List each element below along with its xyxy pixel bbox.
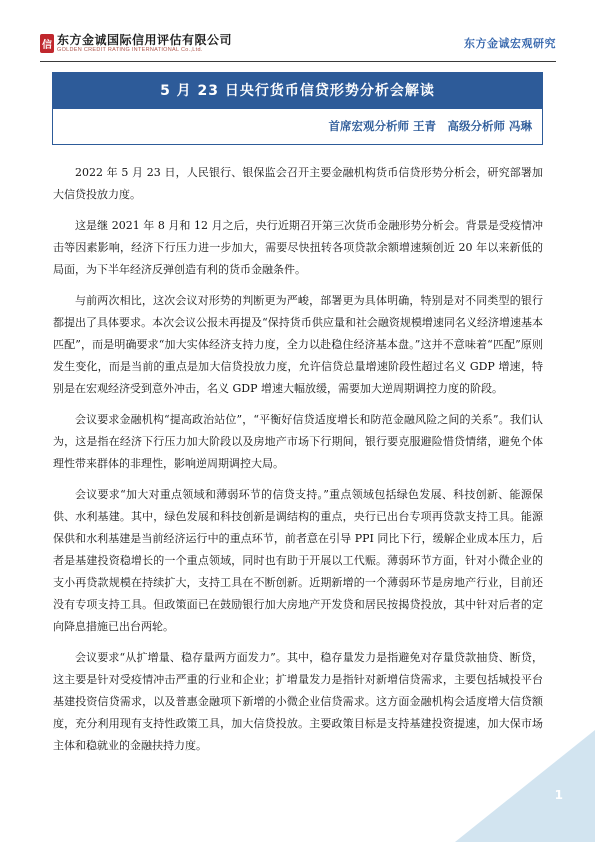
company-logo-text: 东方金诚国际信用评估有限公司 GOLDEN CREDIT RATING INTE…	[57, 33, 232, 54]
paragraph-5: 会议要求“加大对重点领域和薄弱环节的信贷支持。”重点领域包括绿色发展、科技创新、…	[53, 484, 543, 638]
paragraph-3: 与前两次相比，这次会议对形势的判断更为严峻，部署更为具体明确，特别是对不同类型的…	[53, 290, 543, 400]
paragraph-1: 2022 年 5 月 23 日，人民银行、银保监会召开主要金融机构货币信贷形势分…	[53, 162, 543, 206]
paragraph-4: 会议要求金融机构“提高政治站位”，“平衡好信贷适度增长和防范金融风险之间的关系”…	[53, 409, 543, 475]
document-page: 信 东方金诚国际信用评估有限公司 GOLDEN CREDIT RATING IN…	[0, 0, 595, 842]
header-divider	[40, 61, 556, 62]
report-title: 5 月 23 日央行货币信贷形势分析会解读	[53, 73, 542, 109]
logo-glyph: 信	[42, 36, 52, 51]
analyst-byline: 首席宏观分析师 王青 高级分析师 冯琳	[53, 109, 542, 144]
paragraph-6: 会议要求“从扩增量、稳存量两方面发力”。其中，稳存量发力是指避免对存量贷款抽贷、…	[53, 647, 543, 757]
masthead-label: 东方金诚宏观研究	[464, 35, 556, 51]
title-block: 5 月 23 日央行货币信贷形势分析会解读 首席宏观分析师 王青 高级分析师 冯…	[52, 72, 543, 145]
company-name: 东方金诚国际信用评估有限公司	[57, 33, 232, 47]
paragraph-2: 这是继 2021 年 8 月和 12 月之后，央行近期召开第三次货币金融形势分析…	[53, 215, 543, 281]
company-name-english: GOLDEN CREDIT RATING INTERNATIONAL Co.,L…	[57, 47, 232, 54]
report-body: 2022 年 5 月 23 日，人民银行、银保监会召开主要金融机构货币信贷形势分…	[53, 162, 543, 766]
page-header: 信 东方金诚国际信用评估有限公司 GOLDEN CREDIT RATING IN…	[40, 33, 556, 54]
company-logo-icon: 信	[40, 34, 54, 53]
page-number: 1	[555, 788, 563, 802]
company-logo: 信 东方金诚国际信用评估有限公司 GOLDEN CREDIT RATING IN…	[40, 33, 232, 54]
